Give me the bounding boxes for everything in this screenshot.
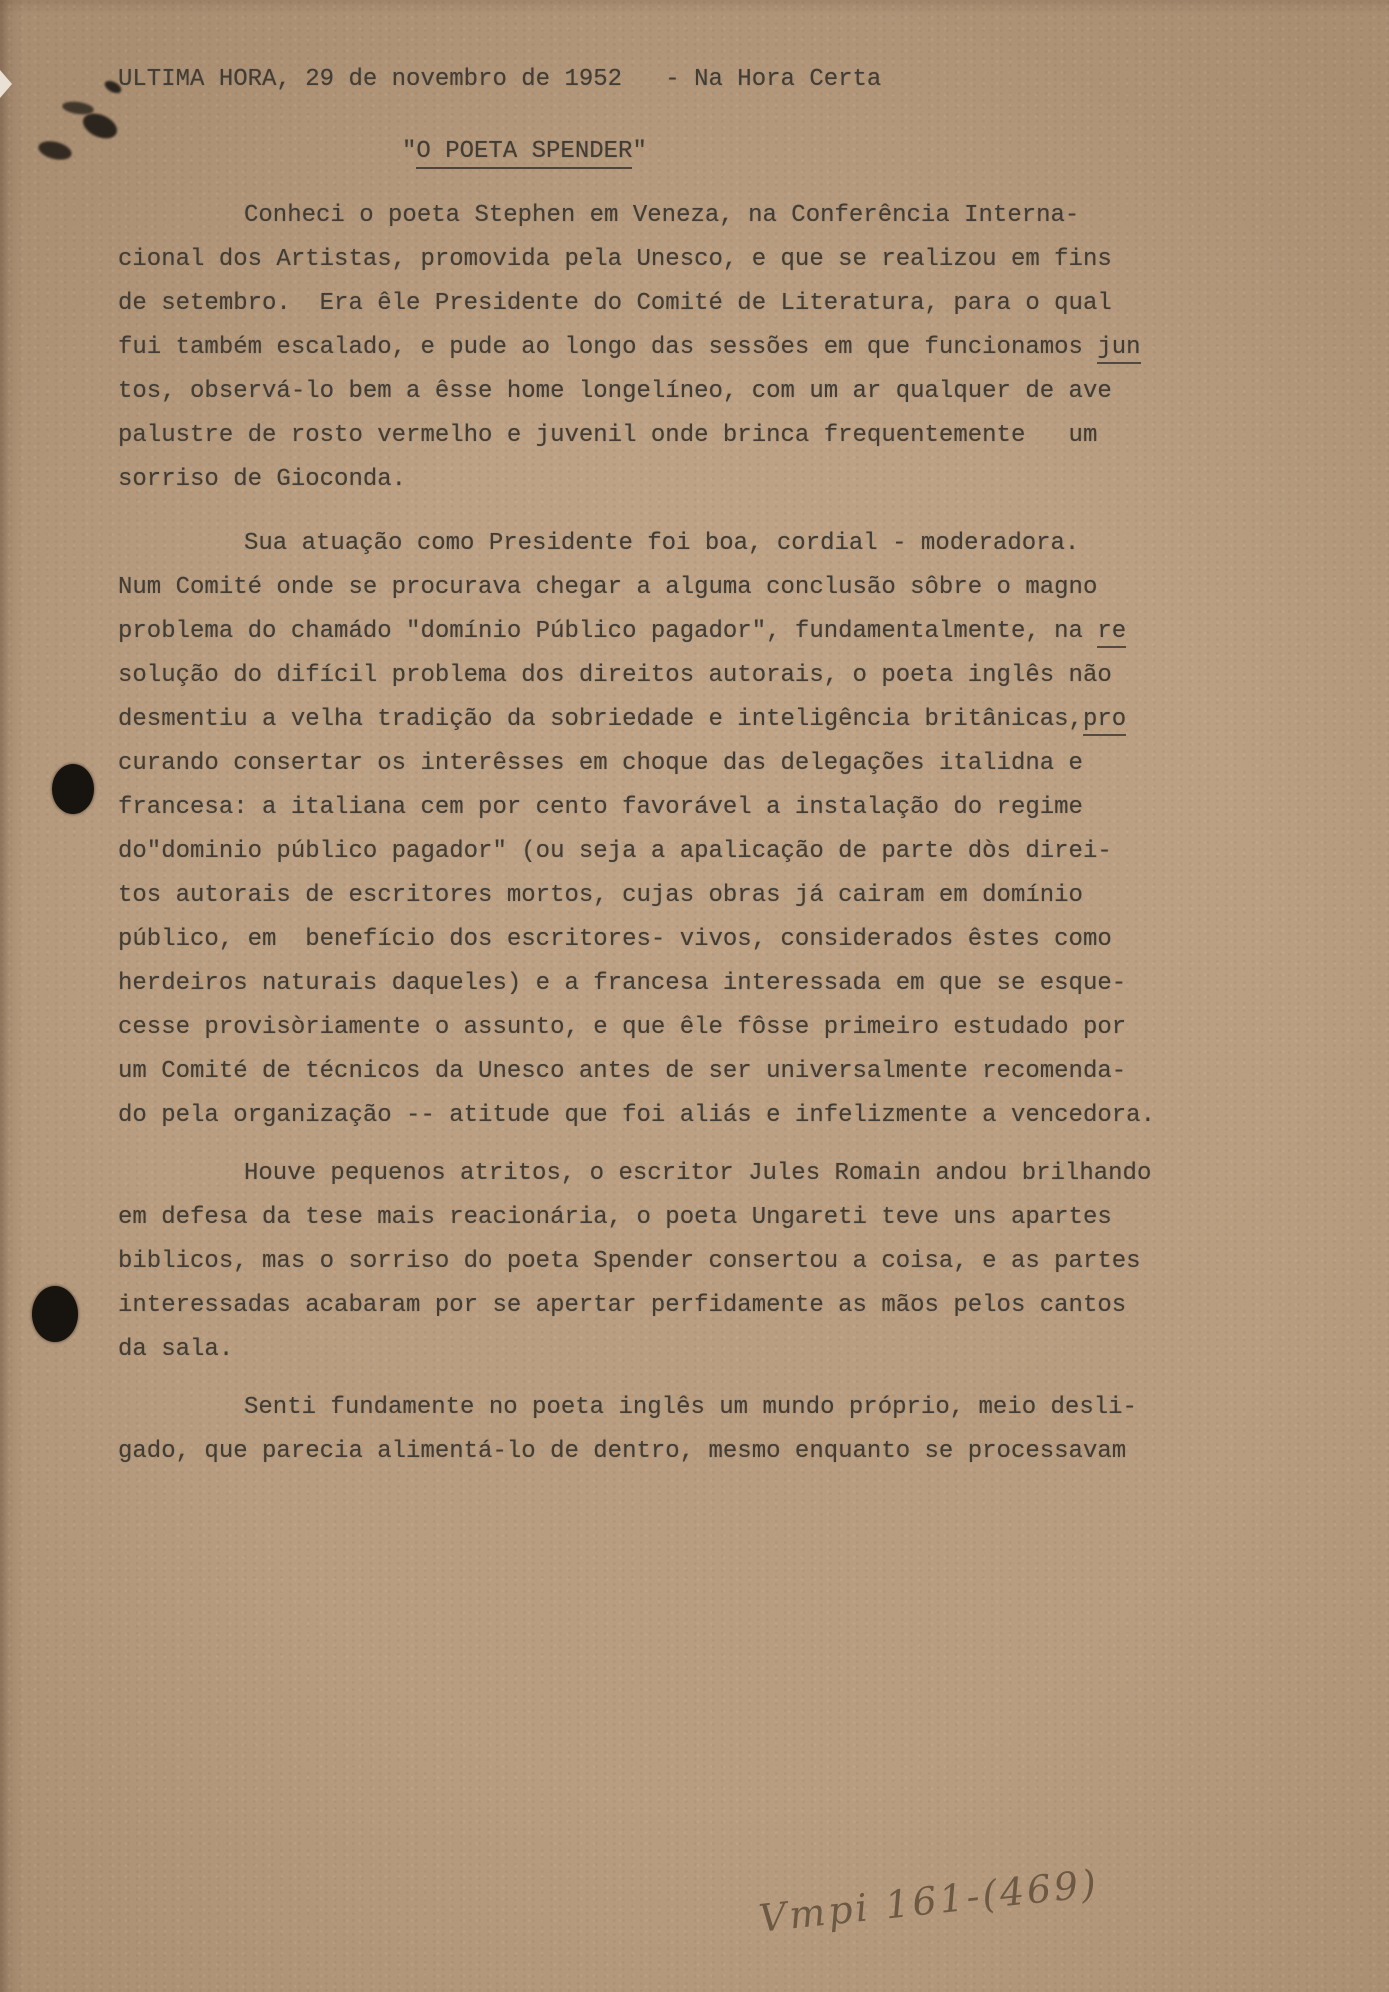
underlined-syllable: pro bbox=[1083, 706, 1126, 736]
text-line: curando consertar os interêsses em choqu… bbox=[118, 742, 1318, 786]
ink-smudge bbox=[36, 138, 73, 163]
text-line: em defesa da tese mais reacionária, o po… bbox=[118, 1196, 1318, 1240]
text-line: do"dominio público pagador" (ou seja a a… bbox=[118, 830, 1318, 874]
text-line: público, em benefício dos escritores- vi… bbox=[118, 918, 1318, 962]
text-line: Num Comité onde se procurava chegar a al… bbox=[118, 566, 1318, 610]
paper-edge-notch bbox=[0, 70, 12, 98]
text-line: do pela organização -- atitude que foi a… bbox=[118, 1094, 1318, 1138]
text-line: de setembro. Era êle Presidente do Comit… bbox=[118, 282, 1318, 326]
text-line: interessadas acabaram por se apertar per… bbox=[118, 1284, 1318, 1328]
underlined-syllable: re bbox=[1097, 618, 1126, 648]
document-header: ULTIMA HORA, 29 de novembro de 1952 - Na… bbox=[118, 58, 881, 102]
document-title: "O POETA SPENDER" bbox=[402, 130, 647, 174]
text-line: da sala. bbox=[118, 1328, 1318, 1372]
text-line: Conheci o poeta Stephen em Veneza, na Co… bbox=[118, 194, 1318, 238]
text-line: tos autorais de escritores mortos, cujas… bbox=[118, 874, 1318, 918]
text-line: Senti fundamente no poeta inglês um mund… bbox=[118, 1386, 1318, 1430]
typed-text-block: ULTIMA HORA, 29 de novembro de 1952 - Na… bbox=[118, 0, 1318, 1992]
title-close-quote: " bbox=[632, 138, 646, 165]
paragraph: Senti fundamente no poeta inglês um mund… bbox=[118, 1386, 1318, 1474]
underlined-syllable: jun bbox=[1097, 334, 1140, 364]
text-line: herdeiros naturais daqueles) e a frances… bbox=[118, 962, 1318, 1006]
title-open-quote: " bbox=[402, 138, 416, 165]
text-line: Houve pequenos atritos, o escritor Jules… bbox=[118, 1152, 1318, 1196]
text-line: biblicos, mas o sorriso do poeta Spender… bbox=[118, 1240, 1318, 1284]
document-page: ULTIMA HORA, 29 de novembro de 1952 - Na… bbox=[0, 0, 1389, 1992]
text-line: fui também escalado, e pude ao longo das… bbox=[118, 326, 1318, 370]
text-line: cesse provisòriamente o assunto, e que ê… bbox=[118, 1006, 1318, 1050]
text-line: cional dos Artistas, promovida pela Unes… bbox=[118, 238, 1318, 282]
text-line: problema do chamádo "domínio Público pag… bbox=[118, 610, 1318, 654]
text-line: solução do difícil problema dos direitos… bbox=[118, 654, 1318, 698]
paragraph: Sua atuação como Presidente foi boa, cor… bbox=[118, 522, 1318, 1138]
text-line: um Comité de técnicos da Unesco antes de… bbox=[118, 1050, 1318, 1094]
text-line: Sua atuação como Presidente foi boa, cor… bbox=[118, 522, 1318, 566]
text-line: tos, observá-lo bem a êsse home longelín… bbox=[118, 370, 1318, 414]
paragraph: Houve pequenos atritos, o escritor Jules… bbox=[118, 1152, 1318, 1372]
text-line: gado, que parecia alimentá-lo de dentro,… bbox=[118, 1430, 1318, 1474]
hole-punch-mark bbox=[32, 1286, 78, 1342]
text-line: sorriso de Gioconda. bbox=[118, 458, 1318, 502]
text-line: francesa: a italiana cem por cento favor… bbox=[118, 786, 1318, 830]
text-line: palustre de rosto vermelho e juvenil ond… bbox=[118, 414, 1318, 458]
title-text: O POETA SPENDER bbox=[416, 138, 632, 169]
hole-punch-mark bbox=[52, 764, 94, 814]
paragraph: Conheci o poeta Stephen em Veneza, na Co… bbox=[118, 194, 1318, 502]
text-line: desmentiu a velha tradição da sobriedade… bbox=[118, 698, 1318, 742]
